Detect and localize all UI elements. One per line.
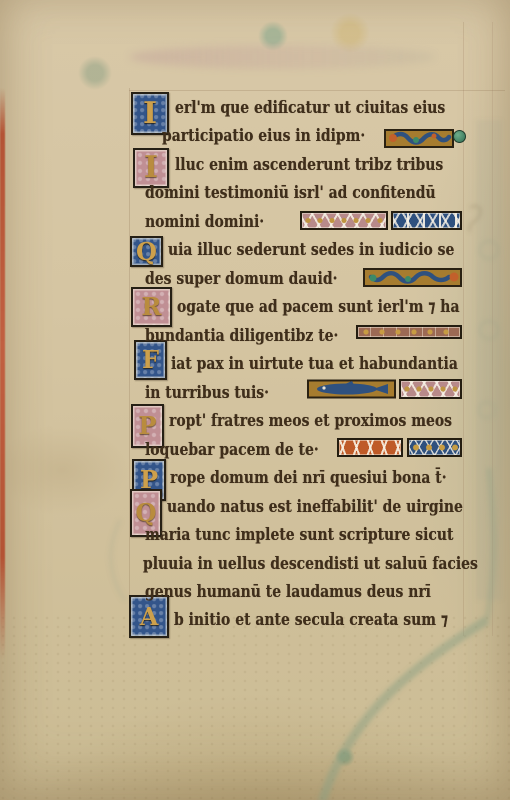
manuscript-page: I I Q R F P P Q A erl'm que edificatur u…	[0, 0, 510, 800]
text-line: domini testimoniū isrl' ad confitendū	[145, 182, 436, 204]
text-line: des super domum dauid·	[145, 268, 337, 290]
text-line: iat pax in uirtute tua et habundantia	[171, 353, 458, 375]
text-line: maria tunc implete sunt scripture sicut	[145, 524, 453, 546]
line-filler-orange-zigzag	[337, 438, 403, 457]
text-line: uando natus est ineffabilit' de uirgine	[167, 496, 463, 518]
text-line: ogate que ad pacem sunt ierl'm ⁊ ha	[177, 296, 459, 318]
text-line: genus humanū te laudamus deus nrī	[145, 581, 431, 603]
illuminated-initial-R: R	[131, 287, 172, 327]
text-line: nomini domini·	[145, 211, 264, 233]
illuminated-initial-Q: Q	[130, 236, 163, 267]
line-filler-gold-fish	[307, 379, 396, 399]
text-line: uia illuc sederunt sedes in iudicio se	[168, 239, 454, 261]
text-line: loquebar pacem de te·	[145, 439, 319, 461]
line-filler-thin-gold-dot	[356, 325, 462, 339]
text-line: lluc enim ascenderunt tribz tribus	[175, 154, 443, 176]
text-line: in turribus tuis·	[145, 382, 269, 404]
line-filler-blue-gold-dot	[407, 438, 462, 457]
line-filler-blue-x	[391, 211, 462, 230]
line-filler-pink-x	[399, 379, 462, 399]
text-line: bundantia diligentibz te·	[145, 325, 338, 347]
line-filler-gold-dragon	[384, 128, 454, 149]
text-line: rope domum dei nrī quesiui bona t̄·	[170, 467, 447, 489]
line-filler-pink-x	[300, 211, 388, 230]
text-line: pluuia in uellus descendisti ut saluū fa…	[143, 553, 478, 575]
text-line: erl'm que edificatur ut ciuitas eius	[175, 97, 445, 119]
line-filler-gold-dragon-right	[363, 267, 462, 288]
text-line: b initio et ante secula creata sum ⁊	[174, 609, 448, 631]
line-filler-green-ball	[453, 130, 466, 143]
text-line: participatio eius in idipm·	[162, 125, 365, 147]
text-line: ropt' fratres meos et proximos meos	[169, 410, 452, 432]
